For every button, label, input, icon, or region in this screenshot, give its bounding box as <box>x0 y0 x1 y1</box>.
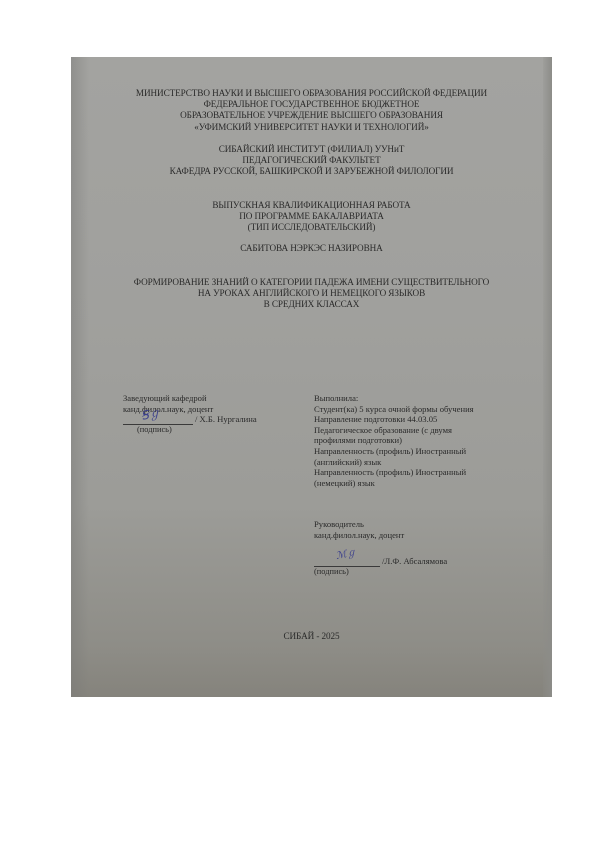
head-of-department-block: Заведующий кафедрой канд.филол.наук, доц… <box>123 393 313 435</box>
performer-line: Педагогическое образование (с двумя <box>314 425 544 436</box>
supervisor-role: Руководитель <box>314 519 544 530</box>
author-name: САБИТОВА НЭРКЭС НАЗИРОВНА <box>71 243 552 254</box>
head-name: / Х.Б. Нургалина <box>195 414 257 425</box>
performer-block: Выполнила: Студент(ка) 5 курса очной фор… <box>314 393 544 488</box>
performer-line: (немецкий) язык <box>314 478 544 489</box>
supervisor-name: /Л.Ф. Абсалямова <box>382 556 447 567</box>
title-line: НА УРОКАХ АНГЛИЙСКОГО И НЕМЕЦКОГО ЯЗЫКОВ <box>71 288 552 299</box>
supervisor-signature-row: ℳℊ /Л.Ф. Абсалямова <box>314 556 544 567</box>
signature-line: Ꞩℊ <box>123 415 193 425</box>
signature-line: ℳℊ <box>314 557 380 567</box>
header-line: «УФИМСКИЙ УНИВЕРСИТЕТ НАУКИ И ТЕХНОЛОГИЙ… <box>71 122 552 133</box>
performer-line: профилями подготовки) <box>314 435 544 446</box>
header-line: МИНИСТЕРСТВО НАУКИ И ВЫСШЕГО ОБРАЗОВАНИЯ… <box>71 88 552 99</box>
signature-caption: (подпись) <box>314 567 544 578</box>
institute-line: КАФЕДРА РУССКОЙ, БАШКИРСКОЙ И ЗАРУБЕЖНОЙ… <box>71 166 552 177</box>
institute-line: ПЕДАГОГИЧЕСКИЙ ФАКУЛЬТЕТ <box>71 155 552 166</box>
institute-line: СИБАЙСКИЙ ИНСТИТУТ (ФИЛИАЛ) УУНиТ <box>71 144 552 155</box>
work-type-block: ВЫПУСКНАЯ КВАЛИФИКАЦИОННАЯ РАБОТА ПО ПРО… <box>71 200 552 234</box>
ministry-header: МИНИСТЕРСТВО НАУКИ И ВЫСШЕГО ОБРАЗОВАНИЯ… <box>71 88 552 133</box>
institute-block: СИБАЙСКИЙ ИНСТИТУТ (ФИЛИАЛ) УУНиТ ПЕДАГО… <box>71 144 552 178</box>
performer-line: Направленность (профиль) Иностранный <box>314 467 544 478</box>
performer-line: Выполнила: <box>314 393 544 404</box>
performer-line: Направленность (профиль) Иностранный <box>314 446 544 457</box>
supervisor-block: Руководитель канд.филол.наук, доцент ℳℊ … <box>314 519 544 577</box>
city-year: СИБАЙ - 2025 <box>71 631 552 642</box>
title-line: ФОРМИРОВАНИЕ ЗНАНИЙ О КАТЕГОРИИ ПАДЕЖА И… <box>71 277 552 288</box>
head-signature-row: Ꞩℊ / Х.Б. Нургалина <box>123 414 313 425</box>
supervisor-degree: канд.филол.наук, доцент <box>314 530 544 541</box>
performer-line: Студент(ка) 5 курса очной формы обучения <box>314 404 544 415</box>
signature-mark: ℳℊ <box>335 548 357 563</box>
work-type-line: ПО ПРОГРАММЕ БАКАЛАВРИАТА <box>71 211 552 222</box>
thesis-title: ФОРМИРОВАНИЕ ЗНАНИЙ О КАТЕГОРИИ ПАДЕЖА И… <box>71 277 552 311</box>
signature-caption: (подпись) <box>137 425 313 436</box>
head-role: Заведующий кафедрой <box>123 393 313 404</box>
signature-mark: Ꞩℊ <box>140 407 161 421</box>
title-line: В СРЕДНИХ КЛАССАХ <box>71 299 552 310</box>
header-line: ОБРАЗОВАТЕЛЬНОЕ УЧРЕЖДЕНИЕ ВЫСШЕГО ОБРАЗ… <box>71 110 552 121</box>
document-photo: МИНИСТЕРСТВО НАУКИ И ВЫСШЕГО ОБРАЗОВАНИЯ… <box>71 57 552 697</box>
work-type-line: (ТИП ИССЛЕДОВАТЕЛЬСКИЙ) <box>71 222 552 233</box>
performer-line: Направление подготовки 44.03.05 <box>314 414 544 425</box>
header-line: ФЕДЕРАЛЬНОЕ ГОСУДАРСТВЕННОЕ БЮДЖЕТНОЕ <box>71 99 552 110</box>
performer-line: (английский) язык <box>314 457 544 468</box>
work-type-line: ВЫПУСКНАЯ КВАЛИФИКАЦИОННАЯ РАБОТА <box>71 200 552 211</box>
